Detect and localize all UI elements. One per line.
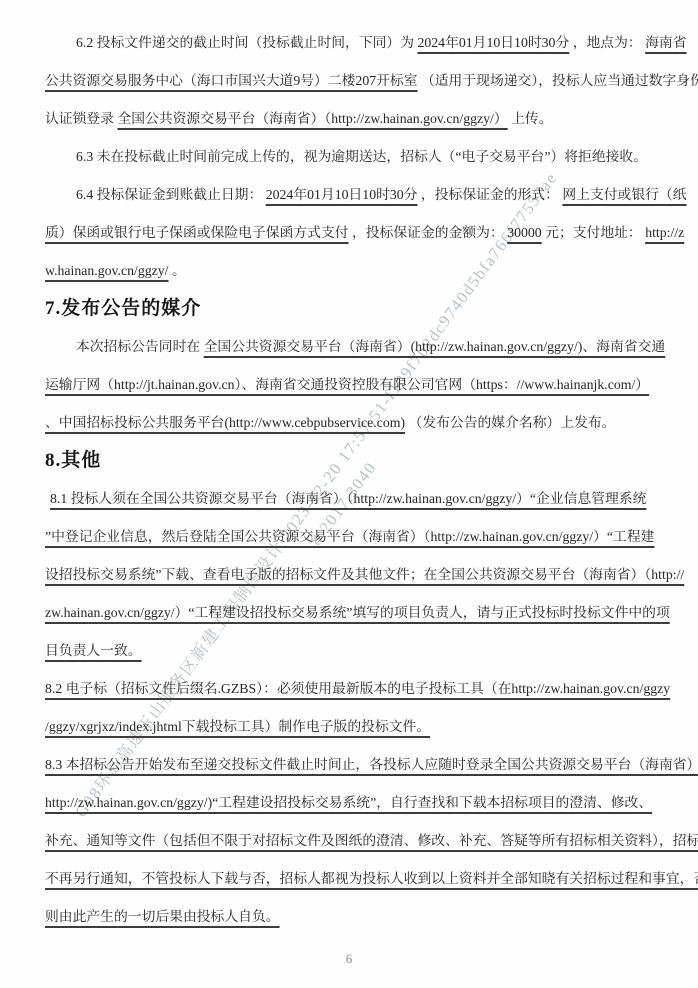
underlined-field-text: 补充、通知等文件（包括但不限于对招标文件及图纸的澄清、修改、补充、答疑等所有招标… [45, 833, 698, 848]
underlined-field-text: 质）保函或银行电子保函或保险电子保函方式支付 [45, 225, 349, 240]
doc-line: 6.3 未在投标截止时间前完成上传的，视为逾期送达，招标人（“电子交易平台”）将… [45, 138, 657, 176]
underlined-field-text: 运输厅网（http://jt.hainan.gov.cn）、海南省交通投资控股有… [45, 377, 649, 392]
doc-text: 7.发布公告的媒介 [45, 298, 201, 319]
underlined-field-text: 全国公共资源交易平台（海南省）(http://zw.hainan.gov.cn/… [204, 339, 666, 354]
doc-text: 。 [169, 263, 186, 278]
underlined-field-text: http://z [645, 225, 684, 240]
underlined-field-text: ”中登记企业信息，然后登陆全国公共资源交易平台（海南省）（http://zw.h… [45, 529, 654, 544]
doc-text: 元；支付地址： [542, 225, 645, 240]
underlined-field-text: 8.3 本招标公告开始发布至递交投标文件截止时间止，各投标人应随时登录全国公共资… [45, 757, 698, 772]
doc-line: 、中国招标投标公共服务平台(http://www.cebpubservice.c… [45, 404, 657, 442]
underlined-field-text: 30000 [507, 225, 542, 240]
underlined-field-text: 全国公共资源交易平台（海南省）（http://zw.hainan.gov.cn/… [117, 111, 507, 126]
page-background: G98环岛高速玉山服务区新建工程制图设计 2023-12-20 17:57:51… [0, 0, 698, 988]
page-number: 6 [0, 944, 698, 974]
underlined-field-text: 目负责人一致。 [45, 643, 142, 658]
doc-text: 6.2 投标文件递交的截止时间（投标截止时间，下同）为 [76, 35, 417, 50]
doc-line: 设招投标交易系统”下载、查看电子版的招标文件及其他文件；在全国公共资源交易平台（… [45, 556, 657, 594]
underlined-field-text: /ggzy/xgrjxz/index.jhtml下载投标工具）制作电子版的投标文… [45, 719, 430, 734]
doc-text: 6.3 未在投标截止时间前完成上传的，视为逾期送达，招标人（“电子交易平台”）将… [76, 149, 647, 164]
doc-text: 8.其他 [45, 450, 101, 471]
doc-line: 8.2 电子标（招标文件后缀名.GZBS）：必须使用最新版本的电子投标工具（在h… [45, 670, 657, 708]
underlined-field-text: http://zw.hainan.gov.cn/ggzy/)“工程建设招投标交易… [45, 795, 652, 810]
underlined-field-text: 不再另行通知，不管投标人下载与否，招标人都视为投标人收到以上资料并全部知晓有关招… [45, 871, 698, 886]
doc-text: （发布公告的媒介名称）上发布。 [405, 415, 615, 430]
doc-text: 上传。 [508, 111, 553, 126]
doc-line: 8.3 本招标公告开始发布至递交投标文件截止时间止，各投标人应随时登录全国公共资… [45, 746, 657, 784]
doc-line: /ggzy/xgrjxz/index.jhtml下载投标工具）制作电子版的投标文… [45, 708, 657, 746]
doc-line: 补充、通知等文件（包括但不限于对招标文件及图纸的澄清、修改、补充、答疑等所有招标… [45, 822, 657, 860]
underlined-field-text: 海南省 [645, 35, 686, 50]
underlined-field-text: 、中国招标投标公共服务平台(http://www.cebpubservice.c… [45, 415, 405, 430]
doc-line: 认证锁登录 全国公共资源交易平台（海南省）（http://zw.hainan.g… [45, 100, 657, 138]
doc-text: ，投标保证金的形式： [417, 187, 562, 202]
underlined-field-text: w.hainan.gov.cn/ggzy/ [45, 263, 169, 278]
document-body: 6.2 投标文件递交的截止时间（投标截止时间，下同）为 2024年01月10日1… [45, 24, 657, 936]
doc-text: 6.4 投标保证金到账截止日期： [76, 187, 266, 202]
doc-line: ”中登记企业信息，然后登陆全国公共资源交易平台（海南省）（http://zw.h… [45, 518, 657, 556]
section-heading: 8.其他 [45, 442, 657, 480]
underlined-field-text: 则由此产生的一切后果由投标人自负。 [45, 909, 280, 924]
doc-text: （适用于现场递交），投标人应当通过数字身份 [418, 73, 698, 88]
doc-line: w.hainan.gov.cn/ggzy/ 。 [45, 252, 657, 290]
underlined-field-text: 2024年01月10日10时30分 [266, 187, 418, 202]
doc-text: ，地点为： [569, 35, 645, 50]
doc-text: 认证锁登录 [45, 111, 117, 126]
doc-text: 本次招标公告同时在 [76, 339, 204, 354]
underlined-field-text: 2024年01月10日10时30分 [417, 35, 569, 50]
doc-line: 8.1 投标人须在全国公共资源交易平台（海南省）（http://zw.haina… [45, 480, 657, 518]
section-heading: 7.发布公告的媒介 [45, 290, 657, 328]
doc-line: 则由此产生的一切后果由投标人自负。 [45, 898, 657, 936]
underlined-field-text: 网上支付或银行（纸 [562, 187, 686, 202]
doc-text: ，投标保证金的金额为： [349, 225, 508, 240]
doc-line: 目负责人一致。 [45, 632, 657, 670]
doc-line: 不再另行通知，不管投标人下载与否，招标人都视为投标人收到以上资料并全部知晓有关招… [45, 860, 657, 898]
doc-line: 6.4 投标保证金到账截止日期： 2024年01月10日10时30分 ，投标保证… [45, 176, 657, 214]
doc-line: 本次招标公告同时在 全国公共资源交易平台（海南省）(http://zw.hain… [45, 328, 657, 366]
doc-line: zw.hainan.gov.cn/ggzy/）“工程建设招投标交易系统”填写的项… [45, 594, 657, 632]
underlined-field-text: zw.hainan.gov.cn/ggzy/）“工程建设招投标交易系统”填写的项… [45, 605, 670, 620]
doc-line: 6.2 投标文件递交的截止时间（投标截止时间，下同）为 2024年01月10日1… [45, 24, 657, 62]
scanned-document-page: { "page": { "number": "6", "watermark": … [0, 0, 698, 988]
underlined-field-text: 公共资源交易服务中心（海口市国兴大道9号）二楼207开标室 [45, 73, 418, 88]
doc-line: 质）保函或银行电子保函或保险电子保函方式支付 ，投标保证金的金额为： 30000… [45, 214, 657, 252]
underlined-field-text: 8.1 投标人须在全国公共资源交易平台（海南省）（http://zw.haina… [50, 491, 646, 506]
doc-line: 运输厅网（http://jt.hainan.gov.cn）、海南省交通投资控股有… [45, 366, 657, 404]
underlined-field-text: 8.2 电子标（招标文件后缀名.GZBS）：必须使用最新版本的电子投标工具（在h… [45, 681, 670, 696]
doc-line: http://zw.hainan.gov.cn/ggzy/)“工程建设招投标交易… [45, 784, 657, 822]
underlined-field-text: 设招投标交易系统”下载、查看电子版的招标文件及其他文件；在全国公共资源交易平台（… [45, 567, 684, 582]
doc-line: 公共资源交易服务中心（海口市国兴大道9号）二楼207开标室 （适用于现场递交），… [45, 62, 657, 100]
